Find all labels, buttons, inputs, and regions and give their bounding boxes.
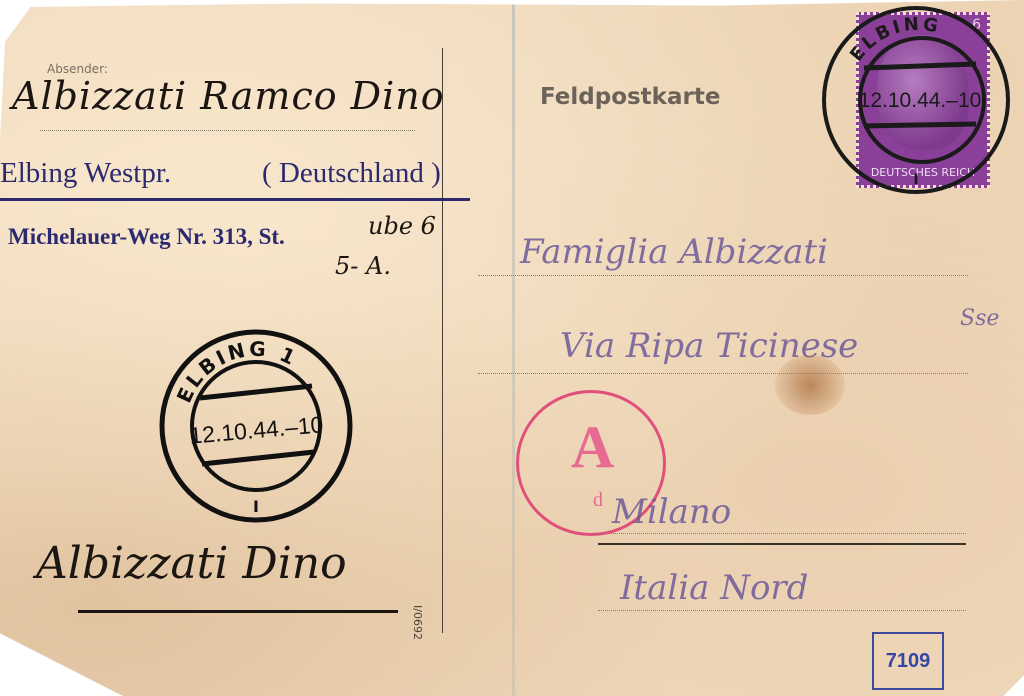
stain xyxy=(775,355,845,415)
fold-crease xyxy=(512,0,515,696)
censor-sub: d xyxy=(593,489,603,512)
sender-country-stamp: ( Deutschland ) xyxy=(262,157,441,190)
address-dotted-line-2 xyxy=(478,373,968,374)
center-divider xyxy=(442,48,443,633)
sender-signature: Albizzati Dino xyxy=(36,538,347,589)
svg-text:I: I xyxy=(913,172,918,188)
sender-dotted-line xyxy=(40,130,415,131)
recipient-line-1: Famiglia Albizzati xyxy=(520,232,828,272)
sender-city-stamp: Elbing Westpr. xyxy=(0,157,171,190)
postmark-on-stamp: ELBING 12.10.44.–10 I xyxy=(816,2,1016,198)
address-dotted-line-3 xyxy=(598,533,966,534)
recipient-line-3: Milano xyxy=(612,492,731,532)
card-title: Feldpostkarte xyxy=(540,84,720,110)
censor-letter: A xyxy=(571,413,614,482)
sender-handwritten-name: Albizzati Ramco Dino xyxy=(12,74,445,118)
address-rule xyxy=(598,543,966,545)
svg-text:12.10.44.–10: 12.10.44.–10 xyxy=(188,411,324,449)
address-dotted-line-1 xyxy=(478,275,968,276)
sender-handwritten-room: 5- A. xyxy=(335,252,391,280)
print-code: I/0692 xyxy=(411,605,424,640)
box-stamp: 7109 xyxy=(872,632,944,690)
sender-street-stamp: Michelauer-Weg Nr. 313, St. xyxy=(8,224,285,250)
sender-handwritten-street-suffix: ube 6 xyxy=(368,212,436,240)
sender-stamp-rule xyxy=(0,198,470,201)
svg-text:12.10.44.–10: 12.10.44.–10 xyxy=(859,89,982,112)
address-dotted-line-4 xyxy=(598,610,966,611)
svg-text:I: I xyxy=(253,497,259,516)
postmark-elbing: ELBING 1 12.10.44.–10 I xyxy=(156,326,356,526)
box-stamp-number: 7109 xyxy=(886,650,931,673)
signature-rule xyxy=(78,610,398,613)
recipient-line-2-note: Sse xyxy=(960,306,999,331)
postcard: Absender: Albizzati Ramco Dino Elbing We… xyxy=(0,0,1024,696)
recipient-line-4: Italia Nord xyxy=(620,568,808,608)
